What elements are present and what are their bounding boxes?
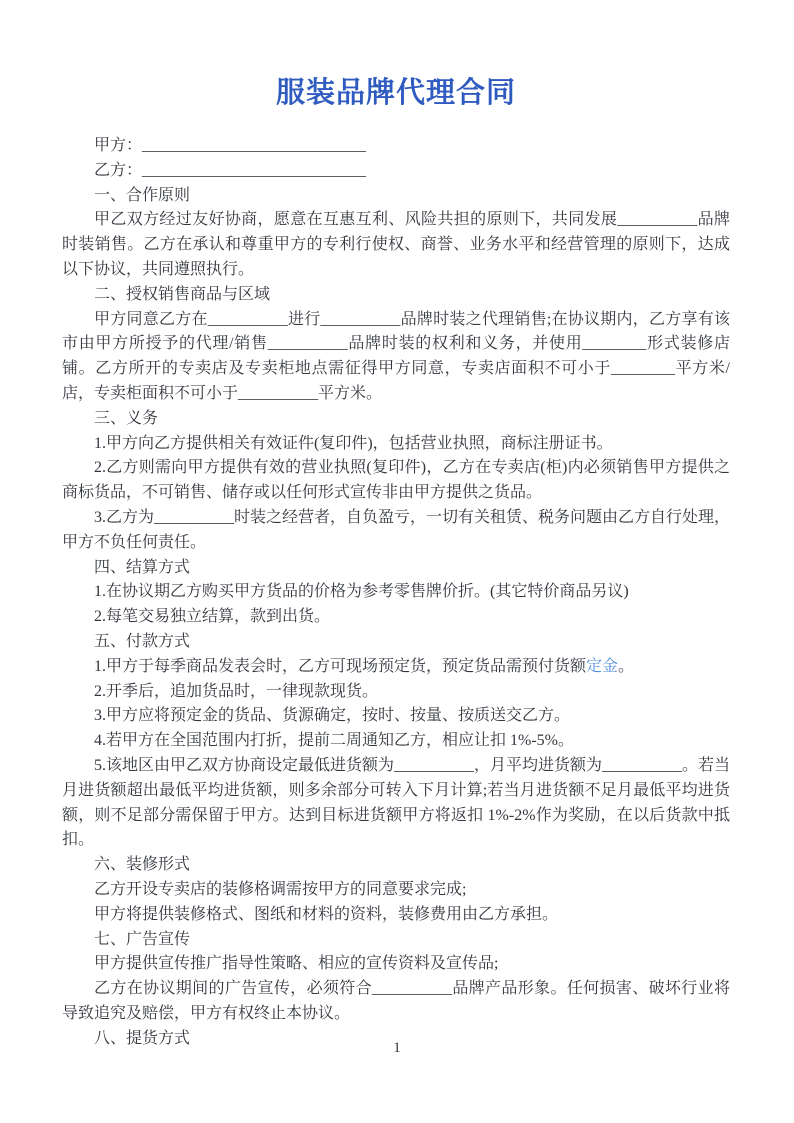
clause-payment-2: 2.开季后，追加货品时，一律现款现货。: [62, 680, 730, 705]
clause-authorization: 甲方同意乙方在__________进行__________品牌时装之代理销售;在…: [62, 308, 730, 407]
section-heading-2: 二、授权销售商品与区域: [62, 283, 730, 308]
clause-payment-1-period: 。: [618, 658, 634, 675]
page-number: 1: [0, 1036, 794, 1061]
contract-title: 服装品牌代理合同: [62, 74, 730, 112]
section-heading-7: 七、广告宣传: [62, 928, 730, 953]
section-heading-4: 四、结算方式: [62, 556, 730, 581]
clause-payment-4: 4.若甲方在全国范围内打折，提前二周通知乙方，相应让扣 1%-5%。: [62, 729, 730, 754]
clause-payment-1-text: 1.甲方于每季商品发表会时，乙方可现场预定货，预定货品需预付货额: [94, 658, 586, 675]
party-b-line: 乙方：____________________________: [62, 159, 730, 184]
section-heading-1: 一、合作原则: [62, 184, 730, 209]
section-heading-6: 六、装修形式: [62, 853, 730, 878]
clause-obligation-1: 1.甲方向乙方提供相关有效证件(复印件)，包括营业执照，商标注册证书。: [62, 432, 730, 457]
clause-payment-1: 1.甲方于每季商品发表会时，乙方可现场预定货，预定货品需预付货额定金。: [62, 655, 730, 680]
party-a-line: 甲方：____________________________: [62, 134, 730, 159]
clause-advertising-1: 甲方提供宣传推广指导性策略、相应的宣传资料及宣传品;: [62, 952, 730, 977]
clause-cooperation: 甲乙双方经过友好协商，愿意在互惠互利、风险共担的原则下，共同发展________…: [62, 208, 730, 282]
clause-settlement-2: 2.每笔交易独立结算，款到出货。: [62, 605, 730, 630]
clause-advertising-2: 乙方在协议期间的广告宣传，必须符合__________品牌产品形象。任何损害、破…: [62, 977, 730, 1027]
section-heading-5: 五、付款方式: [62, 630, 730, 655]
section-heading-3: 三、义务: [62, 407, 730, 432]
clause-decoration-2: 甲方将提供装修格式、图纸和材料的资料，装修费用由乙方承担。: [62, 903, 730, 928]
clause-payment-3: 3.甲方应将预定金的货品、货源确定，按时、按量、按质送交乙方。: [62, 704, 730, 729]
deposit-link[interactable]: 定金: [586, 658, 618, 675]
clause-obligation-3: 3.乙方为__________时装之经营者，自负盈亏，一切有关租赁、税务问题由乙…: [62, 506, 730, 556]
document-page: 服装品牌代理合同 甲方：____________________________…: [0, 0, 794, 1123]
clause-decoration-1: 乙方开设专卖店的装修格调需按甲方的同意要求完成;: [62, 878, 730, 903]
clause-settlement-1: 1.在协议期乙方购买甲方货品的价格为参考零售牌价折。(其它特价商品另议): [62, 580, 730, 605]
clause-obligation-2: 2.乙方则需向甲方提供有效的营业执照(复印件)，乙方在专卖店(柜)内必须销售甲方…: [62, 456, 730, 506]
clause-payment-5: 5.该地区由甲乙双方协商设定最低进货额为__________，月平均进货额为__…: [62, 754, 730, 853]
